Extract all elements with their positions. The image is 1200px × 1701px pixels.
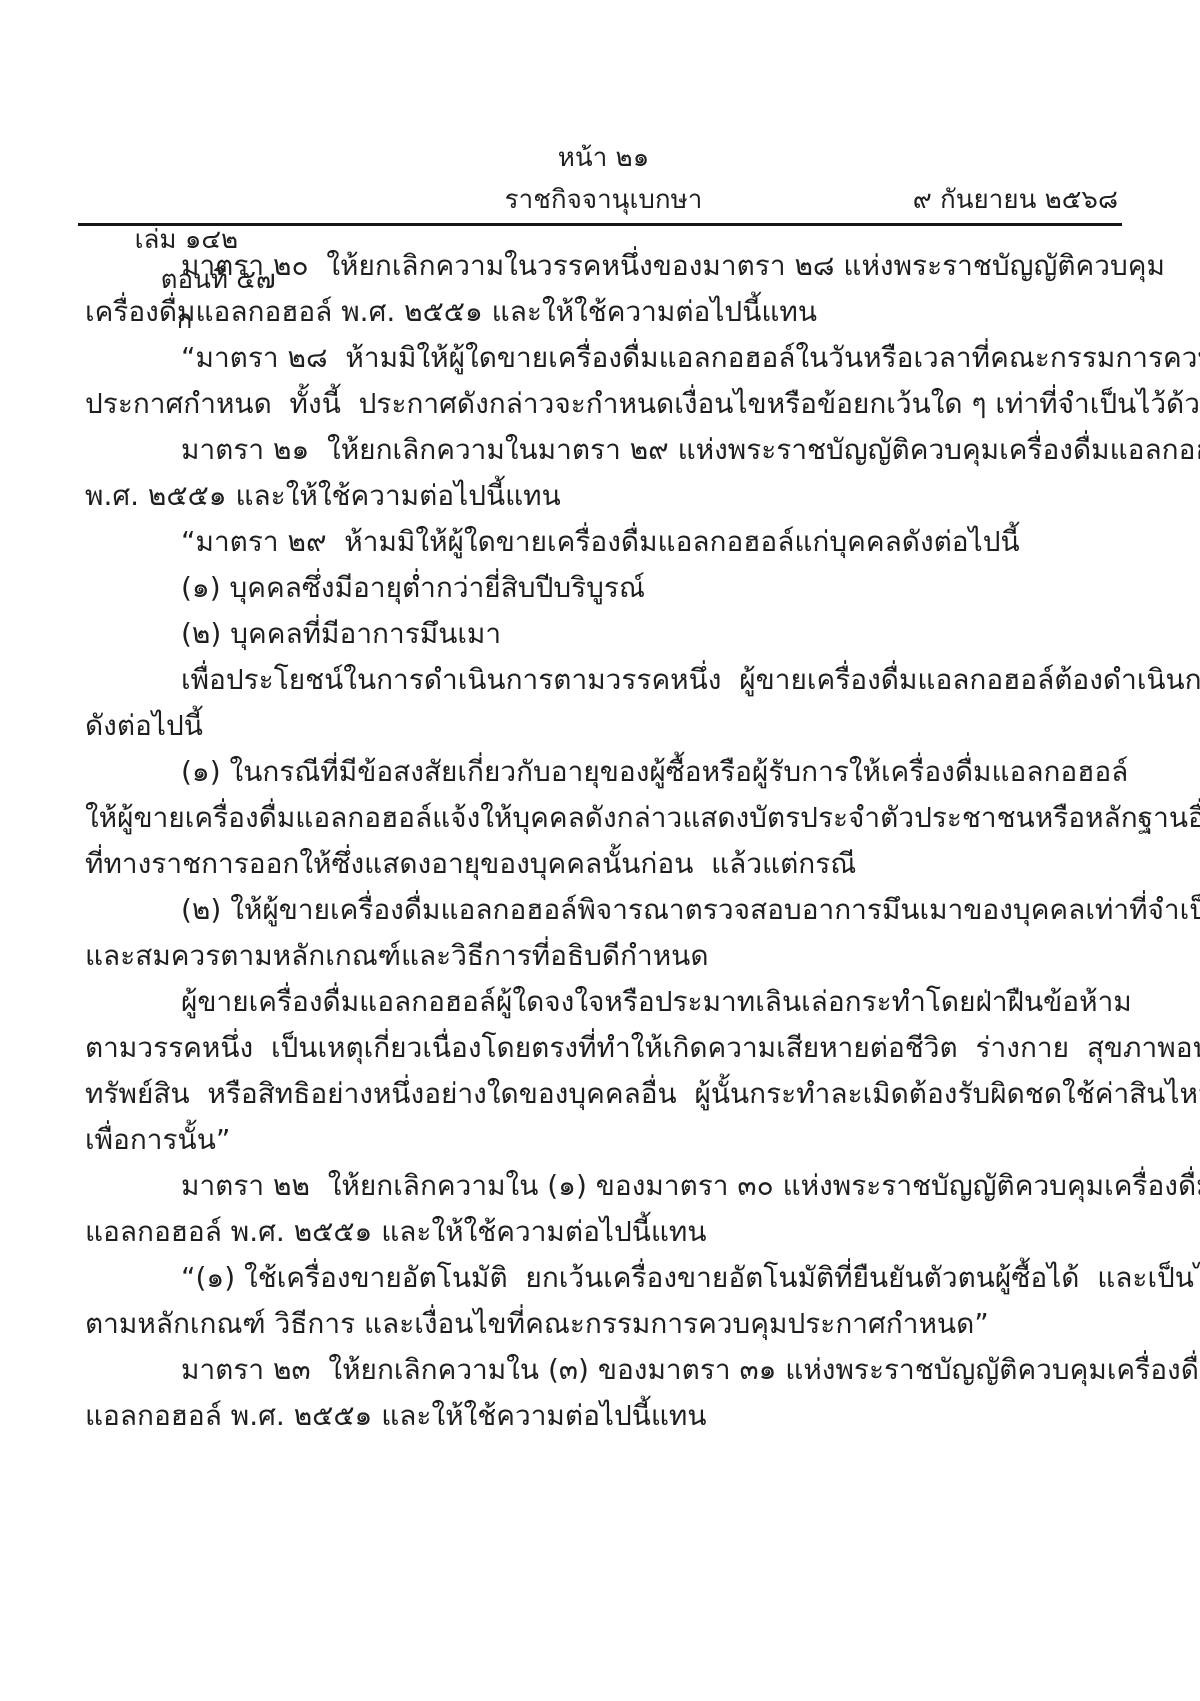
text-line: (๑) ในกรณีที่มีข้อสงสัยเกี่ยวกับอายุของผ… (85, 749, 1025, 795)
text-line: ตามวรรคหนึ่ง เป็นเหตุเกี่ยวเนื่องโดยตรงท… (85, 1025, 1025, 1071)
text-line: ทรัพย์สิน หรือสิทธิอย่างหนึ่งอย่างใดของบ… (85, 1071, 1025, 1117)
text-line: (๒) ให้ผู้ขายเครื่องดื่มแอลกอฮอล์พิจารณา… (85, 887, 1025, 933)
text-line: มาตรา ๒๐ ให้ยกเลิกความในวรรคหนึ่งของมาตร… (85, 243, 1025, 289)
text-line: และสมควรตามหลักเกณฑ์และวิธีการที่อธิบดีก… (85, 933, 1025, 979)
text-line: ประกาศกำหนด ทั้งนี้ ประกาศดังกล่าวจะกำหน… (85, 381, 1025, 427)
page-number: หน้า ๒๑ (85, 138, 1122, 178)
text-line: เพื่อการนั้น” (85, 1117, 1025, 1163)
gazette-page: หน้า ๒๑ ราชกิจจานุเบกษา เล่ม ๑๔๒ ตอนที่ … (0, 0, 1200, 1701)
text-line: แอลกอฮอล์ พ.ศ. ๒๕๕๑ และให้ใช้ความต่อไปนี… (85, 1209, 1025, 1255)
text-line: ให้ผู้ขายเครื่องดื่มแอลกอฮอล์แจ้งให้บุคค… (85, 795, 1025, 841)
text-line: ผู้ขายเครื่องดื่มแอลกอฮอล์ผู้ใดจงใจหรือป… (85, 979, 1025, 1025)
gazette-date: ๙ กันยายน ๒๕๖๘ (913, 180, 1118, 220)
text-line: เครื่องดื่มแอลกอฮอล์ พ.ศ. ๒๕๕๑ และให้ใช้… (85, 289, 1025, 335)
text-line: พ.ศ. ๒๕๕๑ และให้ใช้ความต่อไปนี้แทน (85, 473, 1025, 519)
text-line: ที่ทางราชการออกให้ซึ่งแสดงอายุของบุคคลนั… (85, 841, 1025, 887)
text-line: มาตรา ๒๑ ให้ยกเลิกความในมาตรา ๒๙ แห่งพระ… (85, 427, 1025, 473)
text-line: มาตรา ๒๓ ให้ยกเลิกความใน (๓) ของมาตรา ๓๑… (85, 1347, 1025, 1393)
gazette-header: ราชกิจจานุเบกษา เล่ม ๑๔๒ ตอนที่ ๕๗ ก ๙ ก… (85, 180, 1122, 220)
text-line: (๒) บุคคลที่มีอาการมึนเมา (85, 611, 1025, 657)
document-body: มาตรา ๒๐ ให้ยกเลิกความในวรรคหนึ่งของมาตร… (85, 243, 1025, 1439)
header-divider (78, 223, 1122, 226)
text-line: แอลกอฮอล์ พ.ศ. ๒๕๕๑ และให้ใช้ความต่อไปนี… (85, 1393, 1025, 1439)
text-line: มาตรา ๒๒ ให้ยกเลิกความใน (๑) ของมาตรา ๓๐… (85, 1163, 1025, 1209)
text-line: เพื่อประโยชน์ในการดำเนินการตามวรรคหนึ่ง … (85, 657, 1025, 703)
text-line: “มาตรา ๒๙ ห้ามมิให้ผู้ใดขายเครื่องดื่มแอ… (85, 519, 1025, 565)
text-line: “(๑) ใช้เครื่องขายอัตโนมัติ ยกเว้นเครื่อ… (85, 1255, 1025, 1301)
text-line: “มาตรา ๒๘ ห้ามมิให้ผู้ใดขายเครื่องดื่มแอ… (85, 335, 1025, 381)
text-line: ดังต่อไปนี้ (85, 703, 1025, 749)
text-line: ตามหลักเกณฑ์ วิธีการ และเงื่อนไขที่คณะกร… (85, 1301, 1025, 1347)
text-line: (๑) บุคคลซึ่งมีอายุต่ำกว่ายี่สิบปีบริบูร… (85, 565, 1025, 611)
